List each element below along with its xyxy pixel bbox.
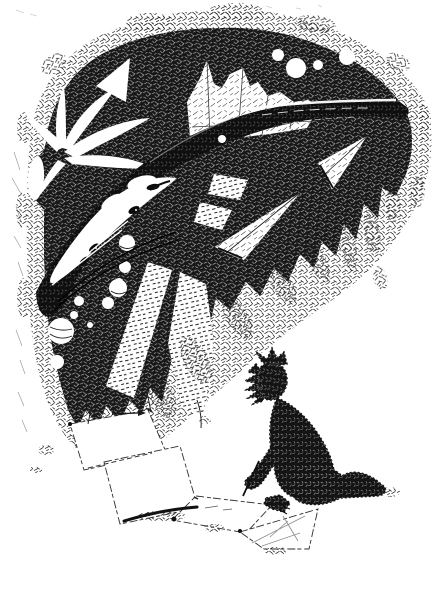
- ink-illustration: [0, 0, 433, 600]
- arc-white-dot: [218, 135, 226, 143]
